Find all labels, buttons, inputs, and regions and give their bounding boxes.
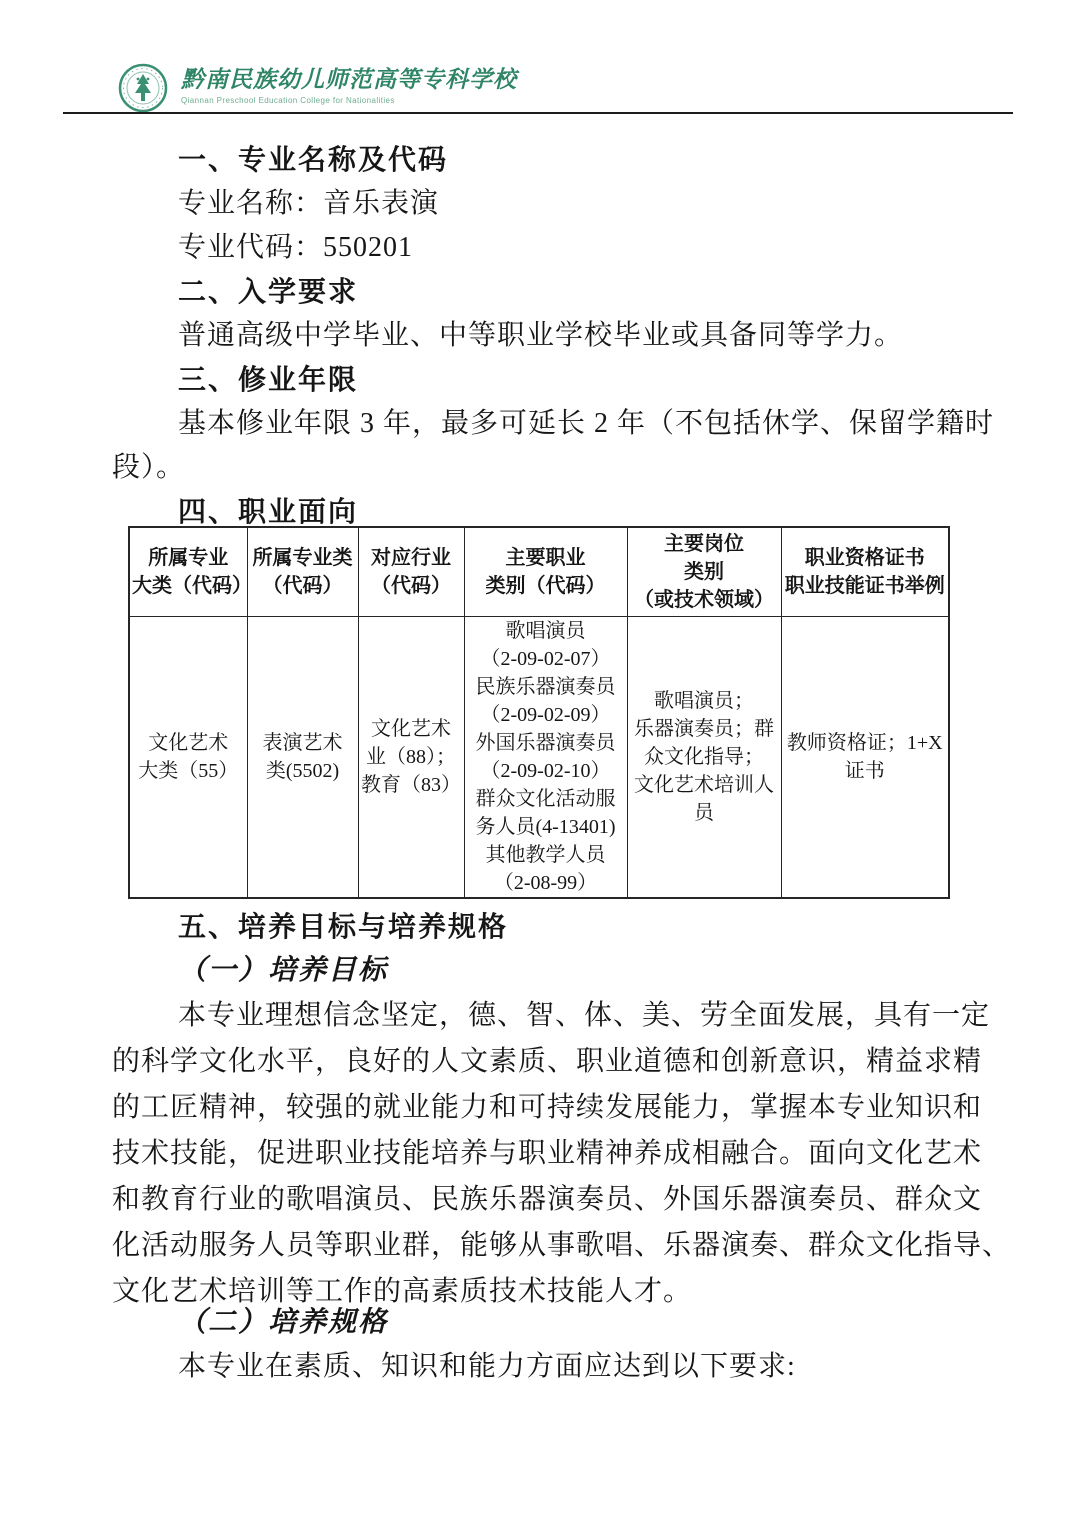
table-header-major-class: 所属专业类 （代码）: [247, 527, 358, 617]
table-cell-occupations: 歌唱演员 （2-09-02-07） 民族乐器演奏员 （2-09-02-09） 外…: [464, 617, 627, 899]
paragraph-line: 的科学文化水平，良好的人文素质、职业道德和创新意识，精益求精: [112, 1039, 962, 1085]
careers-table-data-row: 文化艺术 大类（55） 表演艺术 类(5502) 文化艺术 业（88）； 教育（…: [129, 617, 949, 899]
table-cell-certificates: 教师资格证；1+X 证书: [781, 617, 949, 899]
school-seal-icon: [118, 63, 168, 113]
school-logo: 黔南民族幼儿师范高等专科学校 Qiannan Preschool Educati…: [118, 63, 517, 113]
document-page: 黔南民族幼儿师范高等专科学校 Qiannan Preschool Educati…: [0, 0, 1074, 1520]
school-name-block: 黔南民族幼儿师范高等专科学校 Qiannan Preschool Educati…: [181, 63, 517, 105]
spec-intro-line: 本专业在素质、知识和能力方面应达到以下要求:: [112, 1345, 962, 1389]
section-3-line-2: 段）。: [112, 446, 962, 490]
table-header-major-group: 所属专业 大类（代码）: [129, 527, 247, 617]
table-header-industry: 对应行业 （代码）: [358, 527, 464, 617]
header-rule: [63, 112, 1013, 114]
major-name-line: 专业名称：音乐表演: [112, 182, 962, 226]
table-header-occupations: 主要职业 类别（代码）: [464, 527, 627, 617]
table-header-certificates: 职业资格证书 职业技能证书举例: [781, 527, 949, 617]
document-content: 一、专业名称及代码 专业名称：音乐表演 专业代码：550201 二、入学要求 普…: [112, 130, 962, 1389]
paragraph-line: 的工匠精神，较强的就业能力和可持续发展能力，掌握本专业知识和: [112, 1085, 962, 1131]
objective-paragraph: 本专业理想信念坚定，德、智、体、美、劳全面发展，具有一定 的科学文化水平，良好的…: [112, 993, 962, 1315]
school-name-english: Qiannan Preschool Education College for …: [181, 96, 517, 105]
section-1-heading: 一、专业名称及代码: [112, 138, 962, 182]
careers-table: 所属专业 大类（代码） 所属专业类 （代码） 对应行业 （代码） 主要职业 类别…: [128, 526, 950, 899]
paragraph-line: 技术技能，促进职业技能培养与职业精神养成相融合。面向文化艺术: [112, 1131, 962, 1177]
table-cell-major-group: 文化艺术 大类（55）: [129, 617, 247, 899]
paragraph-line: 化活动服务人员等职业群，能够从事歌唱、乐器演奏、群众文化指导、: [112, 1223, 962, 1269]
section-2-heading: 二、入学要求: [112, 270, 962, 314]
table-cell-positions: 歌唱演员； 乐器演奏员；群 众文化指导； 文化艺术培训人 员: [627, 617, 781, 899]
section-3-heading: 三、修业年限: [112, 358, 962, 402]
table-header-positions: 主要岗位 类别 （或技术领域）: [627, 527, 781, 617]
paragraph-line: 和教育行业的歌唱演员、民族乐器演奏员、外国乐器演奏员、群众文: [112, 1177, 962, 1223]
table-cell-major-class: 表演艺术 类(5502): [247, 617, 358, 899]
careers-table-header-row: 所属专业 大类（代码） 所属专业类 （代码） 对应行业 （代码） 主要职业 类别…: [129, 527, 949, 617]
paragraph-line: 本专业理想信念坚定，德、智、体、美、劳全面发展，具有一定: [112, 993, 962, 1039]
section-5-heading: 五、培养目标与培养规格: [112, 905, 962, 949]
section-3-line-1: 基本修业年限 3 年，最多可延长 2 年（不包括休学、保留学籍时: [112, 402, 962, 446]
section-2-body: 普通高级中学毕业、中等职业学校毕业或具备同等学力。: [112, 314, 962, 358]
school-name-chinese: 黔南民族幼儿师范高等专科学校: [181, 67, 517, 93]
table-cell-industry: 文化艺术 业（88）； 教育（83）: [358, 617, 464, 899]
sub-section-1-heading: （一）培养目标: [112, 949, 962, 993]
major-code-line: 专业代码：550201: [112, 226, 962, 270]
